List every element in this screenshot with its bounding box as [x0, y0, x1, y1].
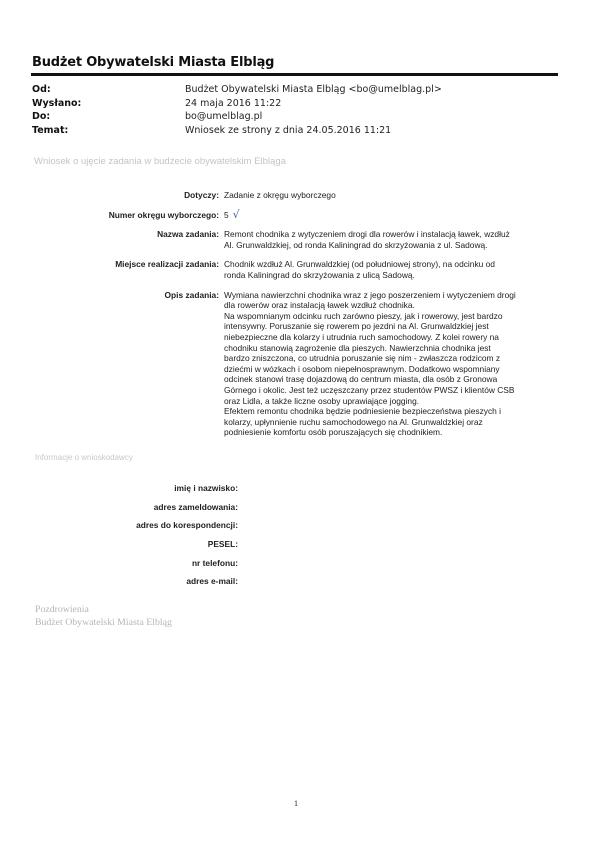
header-from: Od: Budżet Obywatelski Miasta Elbląg <bo…: [32, 83, 562, 97]
page-number: 1: [294, 799, 298, 808]
field-label: adres zameldowania:: [0, 502, 238, 521]
field-value: Chodnik wzdłuż Al. Grunwaldzkiej (od poł…: [224, 259, 559, 280]
form-fields: Dotyczy: Zadanie z okręgu wyborczego Num…: [0, 190, 590, 438]
form-title: Wniosek o ujęcie zadania w budżecie obyw…: [34, 156, 286, 167]
field-value: Zadanie z okręgu wyborczego: [224, 190, 559, 201]
header-label: Od:: [32, 83, 185, 97]
applicant-section-title: Informacje o wnioskodawcy: [35, 453, 133, 462]
header-label: Wysłano:: [32, 97, 185, 111]
applicant-field-email: adres e-mail:: [0, 576, 590, 595]
text-line: Na wspomnianym odcinku ruch zarówno pies…: [224, 311, 559, 322]
header-value: bo@umelblag.pl: [185, 110, 262, 124]
text-line: Chodnik wzdłuż Al. Grunwaldzkiej (od poł…: [224, 259, 559, 270]
field-value: Wymiana nawierzchni chodnika wraz z jego…: [224, 290, 559, 438]
email-headers: Od: Budżet Obywatelski Miasta Elbląg <bo…: [32, 83, 562, 137]
field-nazwa-zadania: Nazwa zadania: Remont chodnika z wytycze…: [0, 229, 590, 250]
field-label: imię i nazwisko:: [0, 483, 238, 502]
field-value: [238, 520, 544, 539]
field-label: Numer okręgu wyborczego:: [0, 210, 224, 221]
field-value: [238, 558, 544, 577]
applicant-field-correspondence-address: adres do korespondencji:: [0, 520, 590, 539]
closing-greeting: Pozdrowienia Budżet Obywatelski Miasta E…: [35, 603, 172, 629]
field-label: Opis zadania:: [0, 290, 224, 438]
field-opis-zadania: Opis zadania: Wymiana nawierzchni chodni…: [0, 290, 590, 438]
applicant-field-phone: nr telefonu:: [0, 558, 590, 577]
applicant-field-pesel: PESEL:: [0, 539, 590, 558]
applicant-field-name: imię i nazwisko:: [0, 483, 590, 502]
field-value: [238, 539, 544, 558]
text-line: Efektem remontu chodnika będzie podniesi…: [224, 406, 559, 417]
applicant-fields: imię i nazwisko: adres zameldowania: adr…: [0, 483, 590, 595]
field-value: [238, 576, 544, 595]
header-subject: Temat: Wniosek ze strony z dnia 24.05.20…: [32, 124, 562, 138]
text-line: podniesienie komfortu osób poruszających…: [224, 427, 559, 438]
signature-text: Budżet Obywatelski Miasta Elbląg: [35, 616, 172, 629]
text-line: Wymiana nawierzchni chodnika wraz z jego…: [224, 290, 559, 301]
header-sent: Wysłano: 24 maja 2016 11:22: [32, 97, 562, 111]
header-label: Do:: [32, 110, 185, 124]
field-label: Nazwa zadania:: [0, 229, 224, 250]
text-line: oraz Lidla, a także liczne osoby uprawia…: [224, 396, 559, 407]
field-value: [238, 502, 544, 521]
header-value: Budżet Obywatelski Miasta Elbląg <bo@ume…: [185, 83, 442, 97]
field-value: 5: [224, 210, 229, 220]
field-label: Miejsce realizacji zadania:: [0, 259, 224, 280]
checkmark-icon: √: [233, 208, 240, 221]
header-label: Temat:: [32, 124, 185, 138]
text-line: chodniku stanowią zagrożenie dla pieszyc…: [224, 343, 559, 354]
header-to: Do: bo@umelblag.pl: [32, 110, 562, 124]
text-line: ronda Kaliningrad do skrzyżowania z ulic…: [224, 270, 559, 281]
field-numer-okregu: Numer okręgu wyborczego: 5√: [0, 210, 590, 221]
title-divider: [31, 73, 558, 76]
text-line: Górnego i okolic. Jest też uczęszczany p…: [224, 385, 559, 396]
text-line: intensywny. Poruszanie się rowerem po je…: [224, 321, 559, 332]
field-value: [238, 483, 544, 502]
applicant-field-registered-address: adres zameldowania:: [0, 502, 590, 521]
field-label: adres e-mail:: [0, 576, 238, 595]
text-line: odcinek stanowi trasę dojazdową do centr…: [224, 374, 559, 385]
greeting-text: Pozdrowienia: [35, 603, 172, 616]
text-line: bardzo zniszczona, co utrudnia poruszani…: [224, 353, 559, 364]
field-label: Dotyczy:: [0, 190, 224, 201]
text-line: dla rowerów oraz instalacją ławek wzdłuż…: [224, 300, 559, 311]
field-label: nr telefonu:: [0, 558, 238, 577]
field-label: PESEL:: [0, 539, 238, 558]
field-label: adres do korespondencji:: [0, 520, 238, 539]
field-miejsce-realizacji: Miejsce realizacji zadania: Chodnik wzdł…: [0, 259, 590, 280]
text-line: kolarzy, upłynnienie ruchu samochodowego…: [224, 417, 559, 428]
email-sender-title: Budżet Obywatelski Miasta Elbląg: [32, 55, 274, 70]
field-value: Remont chodnika z wytyczeniem drogi dla …: [224, 229, 559, 250]
header-value: Wniosek ze strony z dnia 24.05.2016 11:2…: [185, 124, 391, 138]
field-value-wrap: 5√: [224, 210, 559, 221]
text-line: Al. Grunwaldzkiej, od ronda Kaliningrad …: [224, 240, 559, 251]
text-line: dziećmi w wózkach i osobom niepełnospraw…: [224, 364, 559, 375]
text-line: niebezpieczne dla kolarzy i utrudnia ruc…: [224, 332, 559, 343]
field-dotyczy: Dotyczy: Zadanie z okręgu wyborczego: [0, 190, 590, 201]
header-value: 24 maja 2016 11:22: [185, 97, 281, 111]
text-line: Remont chodnika z wytyczeniem drogi dla …: [224, 229, 559, 240]
